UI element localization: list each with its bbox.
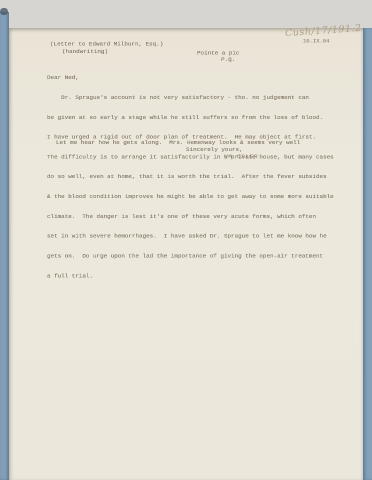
letter-body-line: The difficulty is to arrange it satisfac…: [47, 154, 334, 161]
letter-body-line: gets on. Do urge upon the lad the import…: [47, 253, 334, 260]
blue-backing-right-edge: [363, 28, 372, 480]
recipient-note: (Letter to Edward Milburn, Esq.): [50, 41, 163, 48]
letter-body-line: & the blood condition improves he might …: [47, 194, 334, 201]
letter-body-line: a full trial.: [47, 273, 334, 280]
handwriting-note: (handwriting): [62, 49, 108, 56]
letter-body-line: Dr. Sprague's account is not very satisf…: [47, 95, 334, 102]
letter-content: Cush/17/191.2 10.IX.04 (Letter to Edward…: [9, 28, 363, 480]
letter-body: Dear Ned, Dr. Sprague's account is not v…: [47, 62, 334, 293]
ink-smudge: [0, 8, 8, 15]
letter-paper: Cush/17/191.2 10.IX.04 (Letter to Edward…: [9, 28, 363, 480]
letter-body-line: climate. The danger is lest it's one of …: [47, 213, 334, 220]
letter-body-line: be given at so early a stage while he st…: [47, 114, 334, 121]
letter-body-line: Let me hear how he gets along. Mrs. Heme…: [56, 140, 300, 147]
scanned-letter-page: Cush/17/191.2 10.IX.04 (Letter to Edward…: [0, 0, 372, 480]
signature: WM OSLER: [224, 154, 258, 161]
archive-reference-handwritten: Cush/17/191.2: [285, 22, 362, 38]
letter-date: 10.IX.04: [303, 39, 329, 46]
letter-body-line: set in with severe hemorrhages. I have a…: [47, 233, 334, 240]
blue-backing-left-edge: [0, 12, 9, 480]
letter-body-line: do so well, even at home, that it is wor…: [47, 174, 334, 181]
salutation: Dear Ned,: [47, 75, 334, 82]
